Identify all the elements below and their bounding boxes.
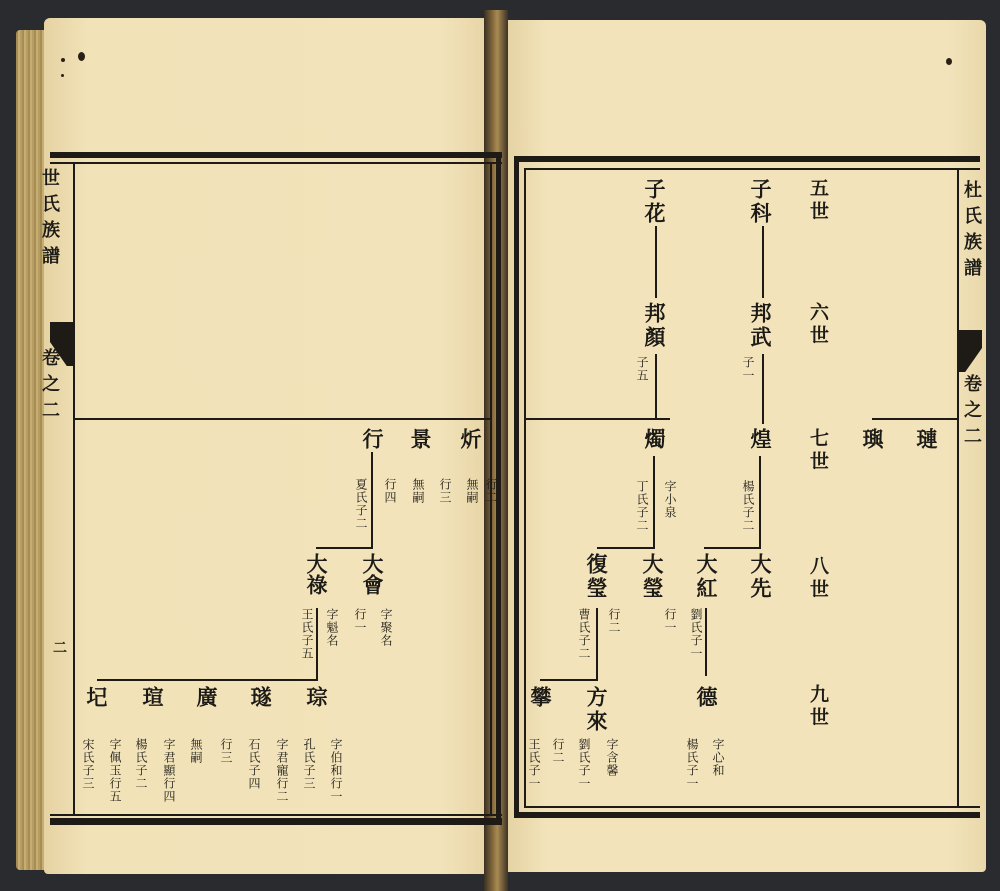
- person-name: 大瑩: [642, 553, 663, 601]
- generation-label: 五世: [808, 178, 827, 224]
- person-name: 大先: [750, 553, 771, 601]
- person-name: 璲: [250, 686, 271, 707]
- person-name: 璵: [862, 428, 883, 449]
- generation-label: 六世: [808, 302, 827, 348]
- person-name: 炘: [460, 428, 481, 449]
- paper-hole: [61, 58, 65, 62]
- person-name: 方來: [586, 686, 607, 734]
- fishtail-mark: [958, 330, 982, 342]
- person-name: 大祿: [306, 553, 327, 595]
- person-note: 子五: [636, 356, 648, 382]
- person-note: 行二: [608, 608, 620, 634]
- generation-label: 八世: [808, 556, 827, 602]
- person-note: 夏氏子二: [355, 478, 367, 530]
- person-name: 德: [696, 686, 717, 707]
- generation-label: 九世: [808, 684, 827, 730]
- person-note: 王氏子五: [301, 608, 313, 660]
- person-note: 字伯和行一: [330, 738, 342, 803]
- person-name: 瑄: [142, 686, 163, 707]
- generation-label: 七世: [808, 428, 827, 474]
- person-note: 字聚名: [380, 608, 392, 647]
- person-note: 子一: [742, 356, 754, 382]
- person-note: 石氏子四: [248, 738, 260, 790]
- paper-hole: [61, 74, 64, 77]
- person-note: 字佩玉行五: [109, 738, 121, 803]
- person-name: 邦武: [750, 302, 771, 350]
- left-margin-title: 世氏族譜: [40, 168, 58, 272]
- person-note: 字君顯行四: [163, 738, 175, 803]
- person-name: 圮: [86, 686, 107, 707]
- person-name: 燭: [644, 428, 665, 449]
- person-note: 字君寵行二: [276, 738, 288, 803]
- person-note: 無嗣: [412, 478, 424, 504]
- person-name: 琮: [306, 686, 327, 707]
- person-note: 無嗣: [190, 738, 202, 764]
- fishtail-mark: [50, 322, 74, 336]
- person-note: 楊氏子二: [135, 738, 147, 790]
- person-note: 楊氏子一: [686, 738, 698, 790]
- person-note: 行二: [485, 478, 497, 504]
- person-name: 子花: [644, 178, 665, 226]
- right-margin-volume: 卷之二: [962, 374, 980, 452]
- person-name: 行: [362, 428, 383, 449]
- person-name: 大會: [362, 553, 383, 595]
- person-note: 劉氏子一: [578, 738, 590, 790]
- person-note: 王氏子一: [528, 738, 540, 790]
- person-name: 璉: [916, 428, 937, 449]
- person-note: 無嗣: [466, 478, 478, 504]
- paper-hole: [78, 52, 85, 61]
- person-note: 行一: [664, 608, 676, 634]
- person-name: 大紅: [696, 553, 717, 601]
- paper-hole: [946, 58, 952, 65]
- person-note: 字含馨: [606, 738, 618, 777]
- person-name: 攀: [530, 686, 551, 707]
- person-note: 行三: [439, 478, 451, 504]
- person-note: 楊氏子二: [742, 480, 754, 532]
- person-name: 景: [410, 428, 431, 449]
- person-note: 字小泉: [664, 480, 676, 519]
- person-note: 曹氏子二: [578, 608, 590, 660]
- person-note: 行二: [552, 738, 564, 764]
- person-name: 煌: [750, 428, 771, 449]
- right-margin-title: 杜氏族譜: [962, 180, 980, 284]
- person-name: 廣: [196, 686, 217, 707]
- person-name: 子科: [750, 178, 771, 226]
- person-name: 邦顏: [644, 302, 665, 350]
- person-note: 劉氏子一: [690, 608, 702, 660]
- person-note: 宋氏子三: [82, 738, 94, 790]
- left-page-number: 二: [52, 640, 66, 654]
- person-note: 孔氏子三: [303, 738, 315, 790]
- person-note: 丁氏子二: [636, 480, 648, 532]
- person-note: 字心和: [712, 738, 724, 777]
- person-note: 行四: [384, 478, 396, 504]
- left-margin-volume: 卷之二: [40, 348, 58, 426]
- person-note: 行三: [220, 738, 232, 764]
- person-note: 行一: [354, 608, 366, 634]
- person-name: 復瑩: [586, 553, 607, 601]
- person-note: 字魁名: [326, 608, 338, 647]
